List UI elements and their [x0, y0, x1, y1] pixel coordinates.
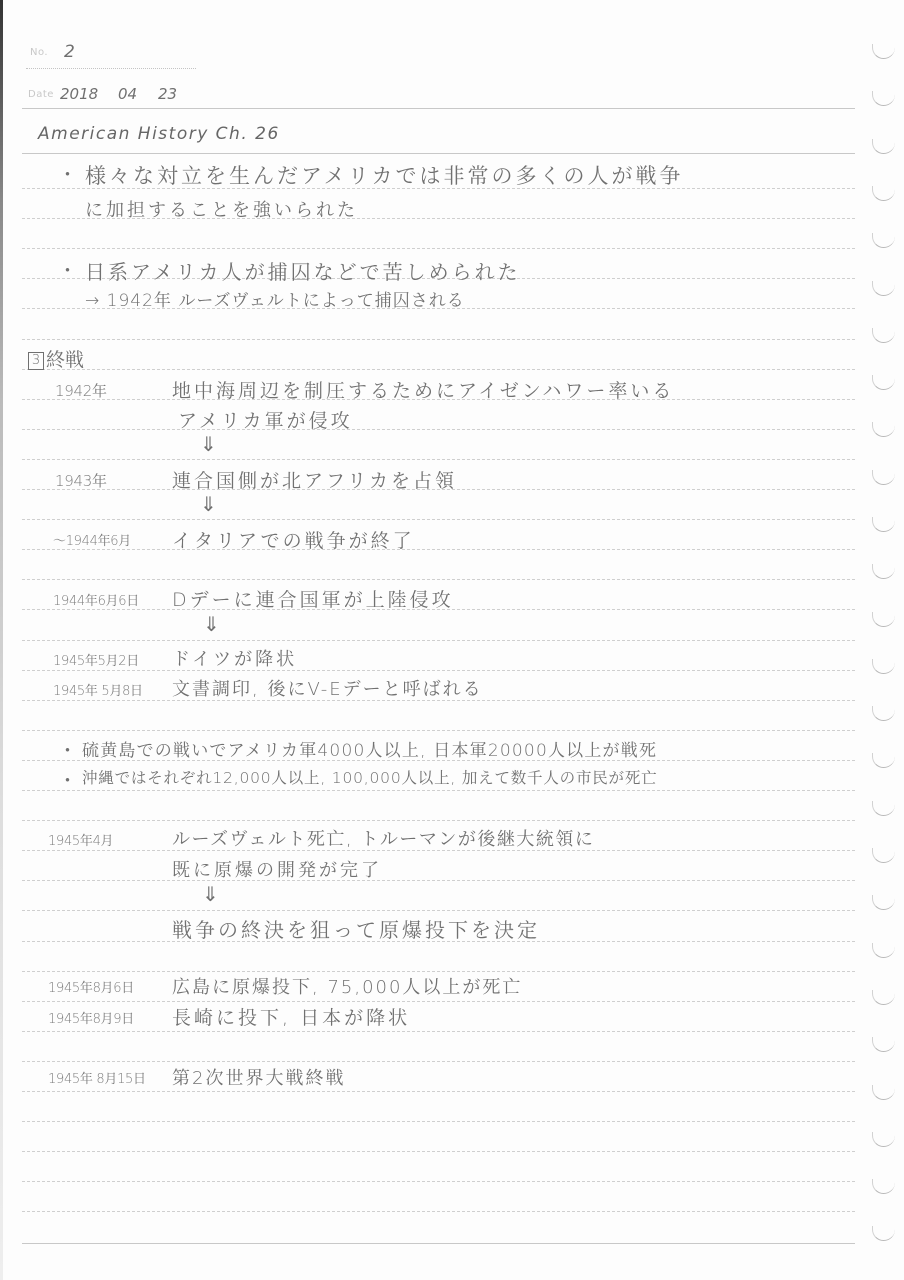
timeline-date: 1945年8月9日 [48, 1008, 134, 1027]
binder-hole [872, 375, 895, 390]
timeline-event: 長崎に投下, 日本が降状 [172, 1003, 410, 1030]
binder-hole [872, 1226, 895, 1241]
section-number-box: 3 [28, 352, 44, 370]
ruled-line [22, 339, 855, 340]
timeline-event: 戦争の終決を狙って原爆投下を決定 [172, 914, 540, 943]
timeline-date: 〜1944年6月 [53, 530, 131, 549]
timeline-date: 1942年 [55, 380, 107, 401]
binder-hole [872, 564, 895, 579]
binder-hole [872, 186, 895, 201]
timeline-event: ルーズヴェルト死亡, トルーマンが後継大統領に [172, 825, 594, 851]
ruled-line [22, 1061, 855, 1062]
note-bullet: ・ [58, 766, 80, 793]
scan-edge-shadow [0, 0, 3, 1280]
binder-hole [872, 990, 895, 1005]
binder-hole [872, 470, 895, 485]
note-line: → 1942年 ルーズヴェルトによって捕囚される [85, 286, 465, 311]
note-line: 日系アメリカ人が捕囚などで苦しめられた [85, 256, 521, 285]
timeline-event: 第2次世界大戦終戦 [172, 1064, 345, 1090]
timeline-event: 既に原爆の開発が完了 [172, 856, 382, 882]
binder-hole [872, 612, 895, 627]
ruled-line [22, 1181, 855, 1182]
binder-hole [872, 281, 895, 296]
ruled-line [22, 1031, 855, 1032]
date-month: 04 [118, 85, 137, 103]
ruled-line [22, 369, 855, 370]
note-bullet: ・ [58, 736, 80, 763]
binder-hole [872, 706, 895, 721]
binder-hole [872, 753, 895, 768]
ruled-line [22, 579, 855, 580]
binder-hole [872, 848, 895, 863]
timeline-date: 1945年5月2日 [53, 650, 139, 669]
date-year: 2018 [60, 85, 98, 103]
binder-hole [872, 1037, 895, 1052]
binder-hole [872, 139, 895, 154]
ruled-line [22, 1121, 855, 1122]
date-rule [22, 108, 855, 109]
ruled-line [22, 971, 855, 972]
binder-hole [872, 328, 895, 343]
ruled-line [22, 1211, 855, 1212]
note-line: 沖縄ではそれぞれ12,000人以上, 100,000人以上, 加えて数千人の市民… [82, 766, 657, 788]
timeline-event: ドイツが降状 [172, 645, 297, 671]
date-label: Date [28, 89, 54, 100]
timeline-event: 広島に原爆投下, 75,000人以上が死亡 [172, 973, 522, 999]
binder-hole [872, 44, 895, 59]
note-line: に加担することを強いられた [85, 196, 358, 222]
binder-hole [872, 91, 895, 106]
binder-hole [872, 801, 895, 816]
ruled-line [22, 910, 855, 911]
down-arrow-icon: ⇓ [200, 492, 217, 516]
section-title: 終戦 [46, 349, 84, 371]
no-label: No. [30, 47, 48, 58]
ruled-line [22, 730, 855, 731]
ruled-line [22, 429, 855, 430]
timeline-event: アメリカ軍が侵攻 [178, 406, 353, 433]
binder-hole [872, 1179, 895, 1194]
timeline-event: Dデーに連合国軍が上陸侵攻 [172, 585, 454, 612]
note-bullet: ・ [58, 160, 80, 187]
note-line: 様々な対立を生んだアメリカでは非常の多くの人が戦争 [85, 160, 684, 190]
timeline-date: 1943年 [55, 470, 107, 491]
binder-hole [872, 943, 895, 958]
note-bullet: ・ [58, 256, 80, 283]
title-rule [22, 153, 855, 154]
down-arrow-icon: ⇓ [203, 612, 220, 636]
ruled-line [22, 640, 855, 641]
ruled-line [22, 519, 855, 520]
timeline-event: 文書調印, 後にV-Eデーと呼ばれる [172, 675, 483, 701]
date-day: 23 [158, 85, 177, 103]
ruled-line [22, 1151, 855, 1152]
page-number: 2 [64, 42, 75, 62]
down-arrow-icon: ⇓ [200, 432, 217, 456]
timeline-date: 1945年 5月8日 [53, 680, 143, 699]
timeline-event: 地中海周辺を制圧するためにアイゼンハワー率いる [172, 376, 674, 403]
ruled-line [22, 549, 855, 550]
timeline-date: 1945年 8月15日 [48, 1068, 146, 1087]
note-line: 硫黄島での戦いでアメリカ軍4000人以上, 日本軍20000人以上が戦死 [82, 736, 657, 761]
ruled-line [22, 670, 855, 671]
no-field-underline [26, 68, 196, 69]
binder-hole [872, 517, 895, 532]
binder-hole [872, 1132, 895, 1147]
binder-hole [872, 895, 895, 910]
binder-hole [872, 422, 895, 437]
ruled-line [22, 248, 855, 249]
timeline-date: 1945年4月 [48, 830, 113, 849]
binder-hole [872, 233, 895, 248]
down-arrow-icon: ⇓ [202, 882, 219, 906]
ruled-line [22, 459, 855, 460]
binder-hole [872, 1085, 895, 1100]
section-heading: 3終戦 [28, 345, 84, 372]
ruled-line [22, 1091, 855, 1092]
ruled-line [22, 820, 855, 821]
ruled-line [22, 880, 855, 881]
timeline-date: 1944年6月6日 [53, 590, 139, 609]
timeline-date: 1945年8月6日 [48, 977, 134, 996]
ruled-line [22, 1001, 855, 1002]
page-title: American History Ch. 26 [38, 124, 280, 144]
ruled-line [22, 790, 855, 791]
timeline-event: 連合国側が北アフリカを占領 [172, 466, 457, 493]
timeline-event: イタリアでの戦争が終了 [172, 526, 415, 553]
bottom-rule [22, 1243, 855, 1244]
binder-hole [872, 659, 895, 674]
